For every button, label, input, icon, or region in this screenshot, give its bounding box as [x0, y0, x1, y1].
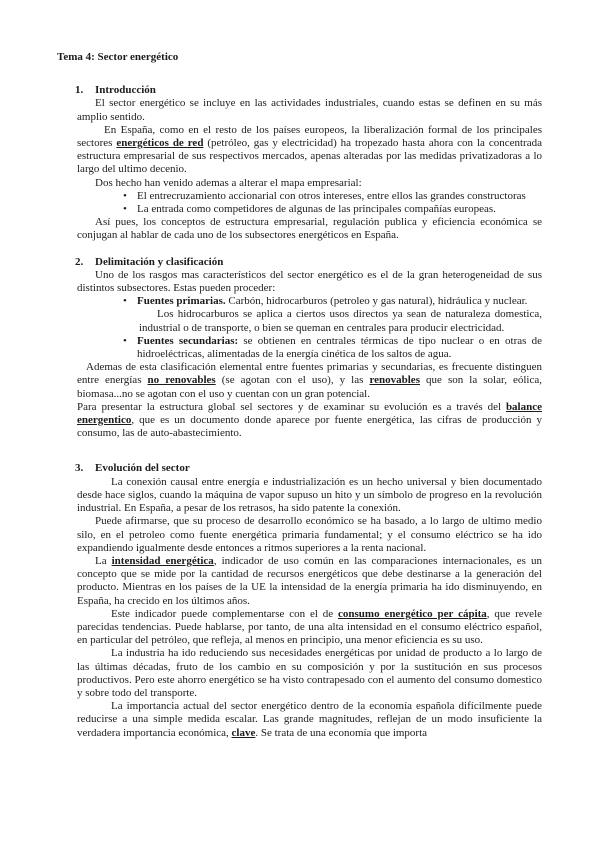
- section-heading: 3.Evolución del sector: [75, 462, 542, 475]
- section-title: Evolución del sector: [95, 462, 190, 474]
- sub-paragraph: Los hidrocarburos se aplica a ciertos us…: [139, 308, 542, 334]
- list-item: Fuentes primarias. Carbón, hidrocarburos…: [77, 295, 542, 308]
- section-introduccion: 1.Introducción El sector energético se i…: [57, 84, 542, 242]
- paragraph: En España, como en el resto de los paíse…: [77, 124, 542, 177]
- paragraph: La conexión causal entre energía e indus…: [77, 476, 542, 516]
- section-number: 3.: [75, 462, 95, 475]
- text-run: Los hidrocarburos se aplica a ciertos us…: [139, 308, 542, 333]
- section-heading: 2.Delimitación y clasificación: [75, 256, 542, 269]
- document-page: Tema 4: Sector energético 1.Introducción…: [0, 0, 599, 848]
- section-body: Uno de los rasgos mas característicos de…: [77, 269, 542, 441]
- text-run: , que es un documento donde aparece por …: [77, 414, 542, 439]
- paragraph: Puede afirmarse, que su proceso de desar…: [77, 515, 542, 555]
- section-title: Delimitación y clasificación: [95, 256, 223, 268]
- section-number: 2.: [75, 256, 95, 269]
- text-run: Así pues, los conceptos de estructura em…: [77, 216, 542, 241]
- section-number: 1.: [75, 84, 95, 97]
- section-body: La conexión causal entre energía e indus…: [77, 476, 542, 740]
- text-run: El sector energético se incluye en las a…: [77, 97, 542, 122]
- paragraph: Para presentar la estructura global sel …: [77, 401, 542, 441]
- page-title: Tema 4: Sector energético: [57, 51, 542, 64]
- text-run-bold: Fuentes secundarias:: [137, 335, 238, 347]
- text-run: La entrada como competidores de algunas …: [137, 203, 496, 215]
- text-run: Carbón, hidrocarburos (petroleo y gas na…: [226, 295, 528, 307]
- paragraph: Ademas de esta clasificación elemental e…: [77, 361, 542, 401]
- section-delimitacion: 2.Delimitación y clasificación Uno de lo…: [57, 256, 542, 441]
- text-run: Uno de los rasgos mas característicos de…: [77, 269, 542, 294]
- paragraph: Así pues, los conceptos de estructura em…: [77, 216, 542, 242]
- section-body: El sector energético se incluye en las a…: [77, 97, 542, 242]
- text-run: Para presentar la estructura global sel …: [77, 401, 506, 413]
- section-evolucion: 3.Evolución del sector La conexión causa…: [57, 462, 542, 739]
- list-item: Fuentes secundarias: se obtienen en cent…: [77, 335, 542, 361]
- list-item: La entrada como competidores de algunas …: [77, 203, 542, 216]
- text-run-emphasis: clave: [232, 727, 256, 739]
- text-run-bold: Fuentes primarias.: [137, 295, 226, 307]
- text-run: . Se trata de una economía que importa: [255, 727, 427, 739]
- paragraph: El sector energético se incluye en las a…: [77, 97, 542, 123]
- text-run-emphasis: energéticos de red: [116, 137, 203, 149]
- paragraph: Este indicador puede complementarse con …: [77, 608, 542, 648]
- text-run-emphasis: no renovables: [148, 374, 216, 386]
- text-run: (se agotan con el uso), y las: [216, 374, 370, 386]
- section-title: Introducción: [95, 84, 156, 96]
- paragraph: La intensidad energética, indicador de u…: [77, 555, 542, 608]
- paragraph: Uno de los rasgos mas característicos de…: [77, 269, 542, 295]
- text-run: La conexión causal entre energía e indus…: [77, 476, 542, 514]
- text-run: Puede afirmarse, que su proceso de desar…: [77, 515, 542, 553]
- section-heading: 1.Introducción: [75, 84, 542, 97]
- text-run-emphasis: renovables: [369, 374, 420, 386]
- text-run-emphasis: intensidad energética: [112, 555, 214, 567]
- text-run: El entrecruzamiento accionarial con otro…: [137, 190, 526, 202]
- text-run-emphasis: consumo energético per cápita: [338, 608, 487, 620]
- text-run: Este indicador puede complementarse con …: [111, 608, 338, 620]
- text-run: La: [95, 555, 112, 567]
- text-run: La industria ha ido reduciendo sus neces…: [77, 647, 542, 699]
- list-item: El entrecruzamiento accionarial con otro…: [77, 190, 542, 203]
- paragraph: La importancia actual del sector energét…: [77, 700, 542, 740]
- text-run: Dos hecho han venido ademas a alterar el…: [95, 177, 362, 189]
- paragraph: La industria ha ido reduciendo sus neces…: [77, 647, 542, 700]
- paragraph: Dos hecho han venido ademas a alterar el…: [77, 177, 542, 190]
